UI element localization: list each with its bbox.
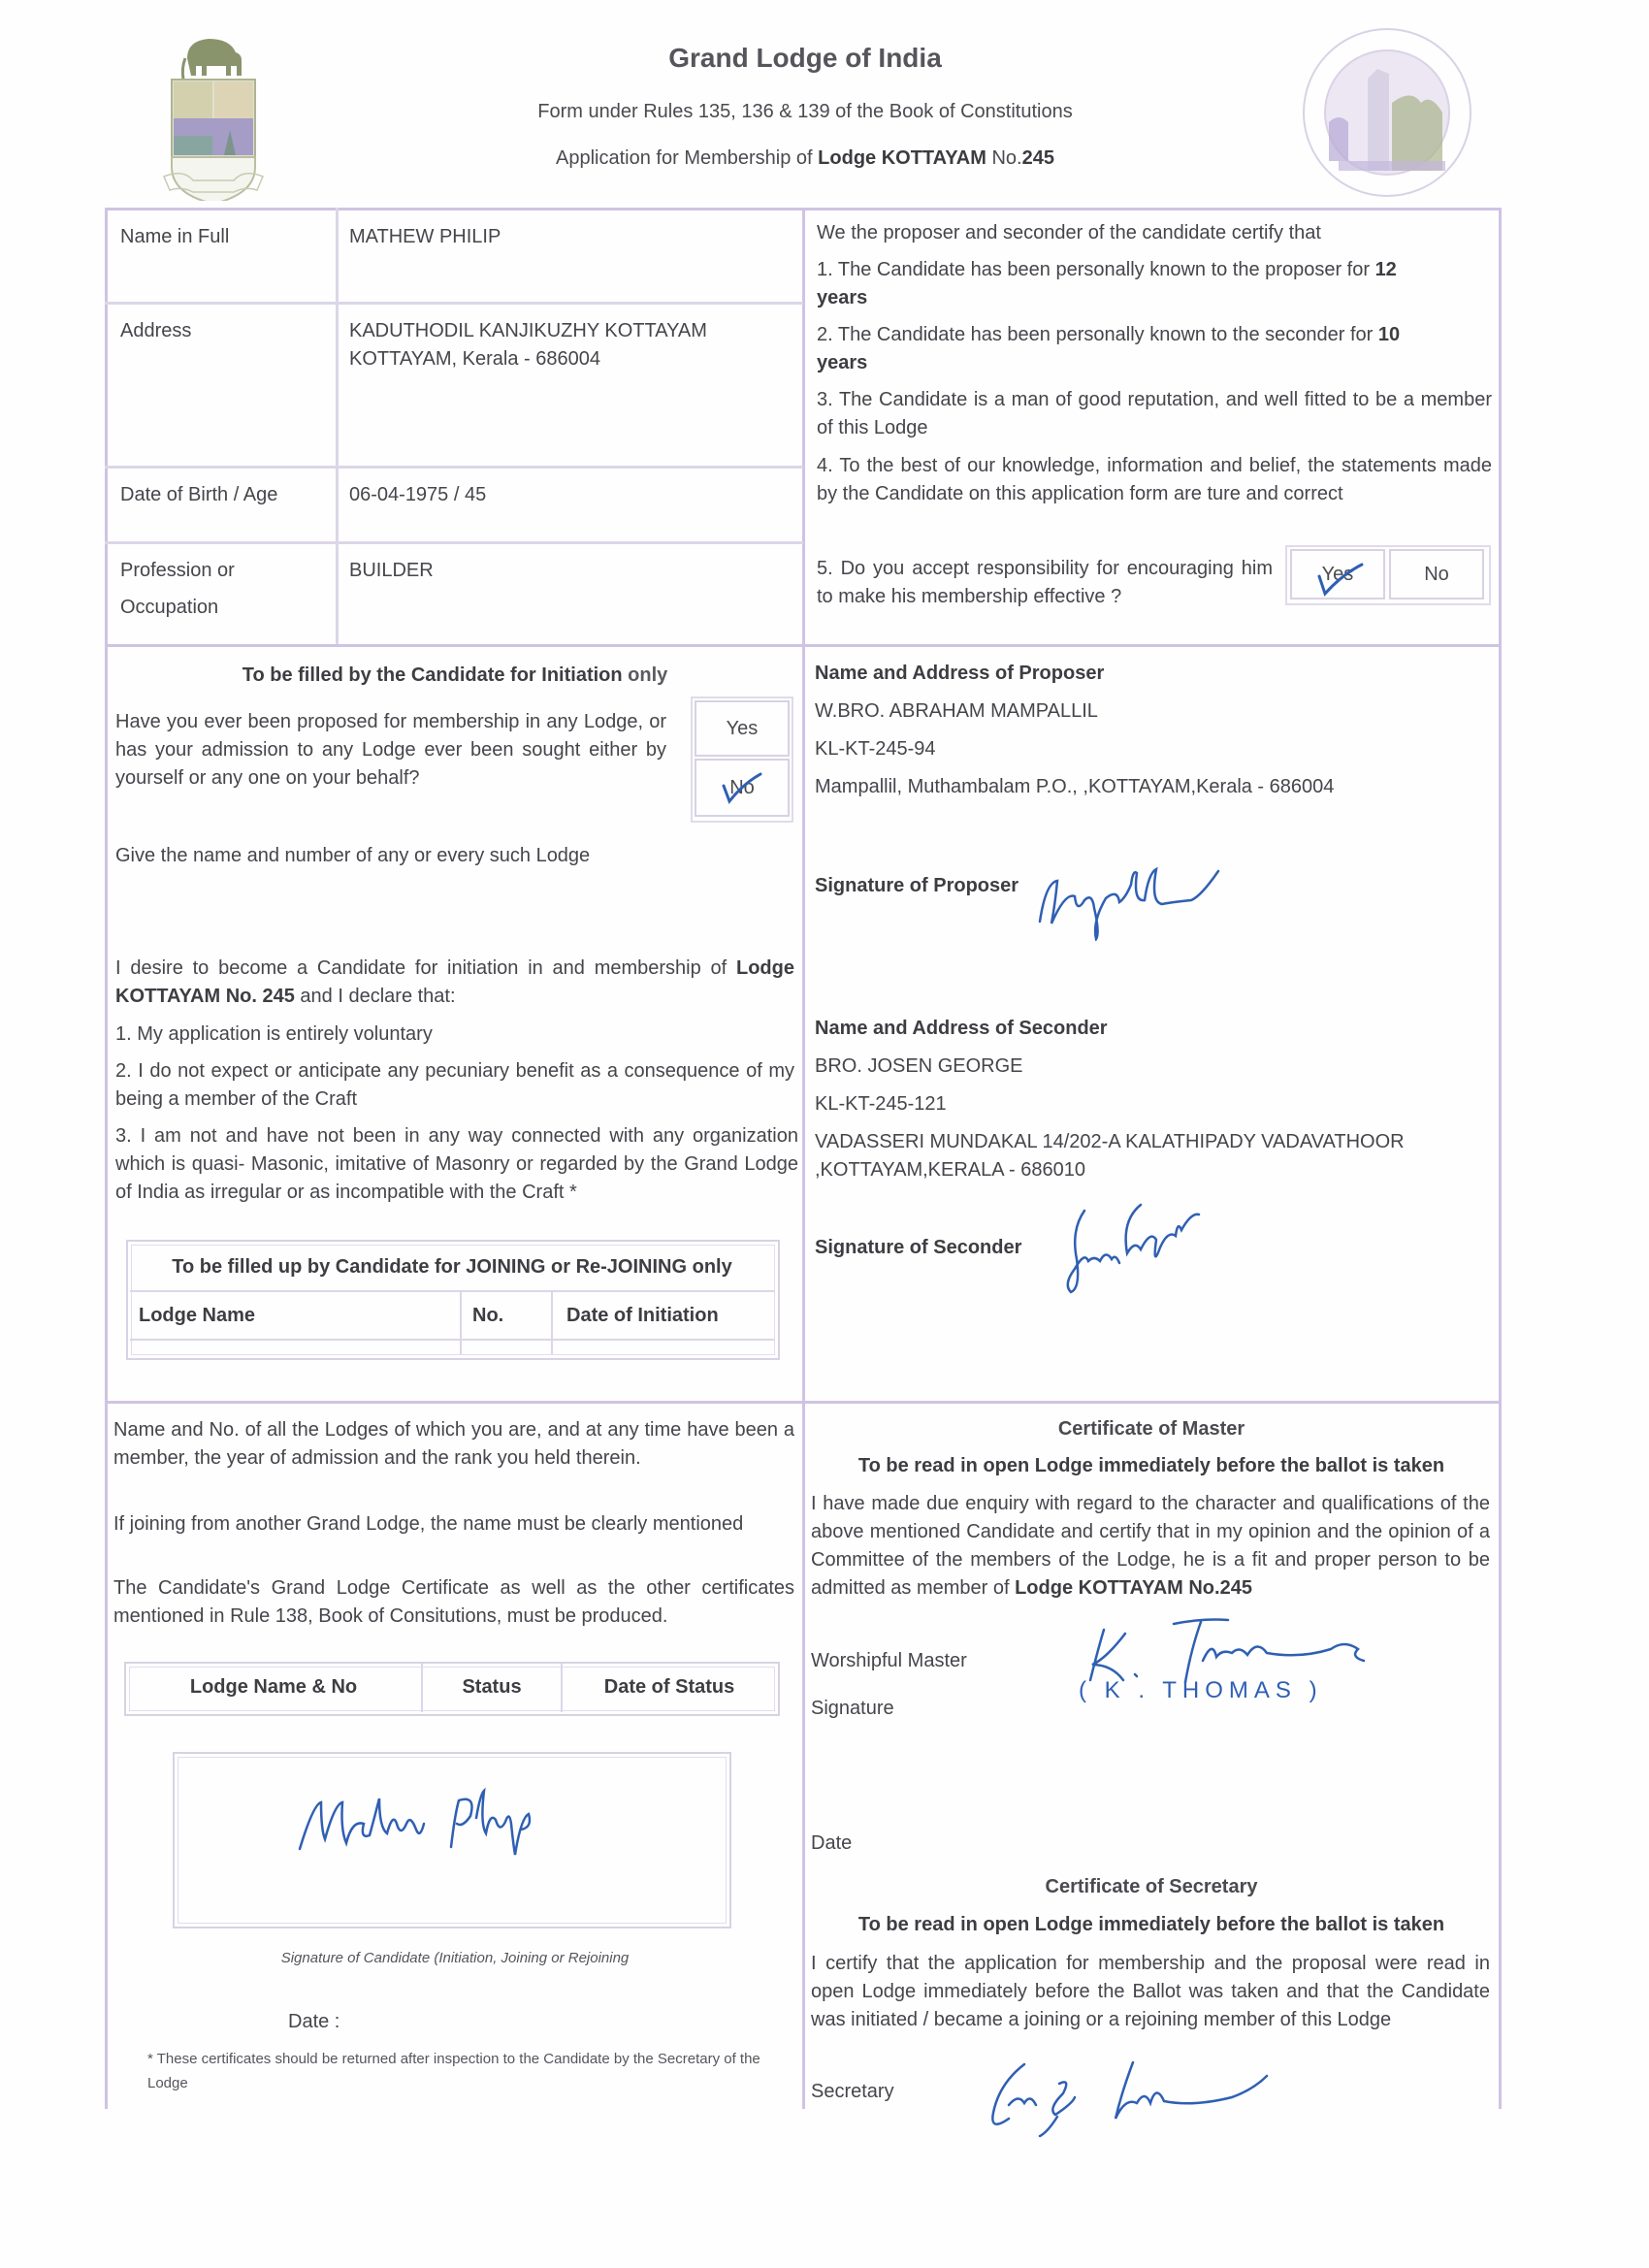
name-label: Name in Full	[120, 223, 229, 251]
page-title: Grand Lodge of India	[0, 43, 1610, 74]
seconder-address-line2: ,KOTTAYAM,KERALA - 686010	[815, 1156, 1085, 1184]
seconder-id: KL-KT-245-121	[815, 1090, 947, 1118]
details-row-line	[105, 466, 803, 469]
details-row-line	[105, 541, 803, 544]
initiation-heading: To be filled by the Candidate for Initia…	[107, 662, 803, 690]
seconder-heading: Name and Address of Seconder	[815, 1015, 1108, 1043]
declaration-item-3: 3. I am not and have not been in any way…	[115, 1122, 798, 1207]
details-column-divider	[336, 208, 339, 644]
secretary-label: Secretary	[811, 2078, 894, 2106]
master-date-label: Date	[811, 1830, 852, 1858]
seconder-signature-label: Signature of Seconder	[815, 1234, 1021, 1262]
master-signature-label: Signature	[811, 1695, 894, 1723]
proposer-id: KL-KT-245-94	[815, 735, 936, 763]
proposer-address: Mampallil, Muthambalam P.O., ,KOTTAYAM,K…	[815, 773, 1334, 801]
frame-row-divider-1	[105, 644, 1502, 647]
seconder-name: BRO. JOSEN GEORGE	[815, 1053, 1022, 1081]
proposer-signature-label: Signature of Proposer	[815, 872, 1018, 900]
address-label: Address	[120, 317, 191, 345]
history-col-lodge-name-no: Lodge Name & No	[126, 1673, 421, 1701]
seconder-address-line1: VADASSERI MUNDAKAL 14/202-A KALATHIPADY …	[815, 1128, 1405, 1156]
application-subtitle: Application for Membership of Lodge KOTT…	[0, 147, 1610, 170]
certification-item-3: 3. The Candidate is a man of good reputa…	[817, 386, 1492, 442]
declaration-item-2: 2. I do not expect or anticipate any pec…	[115, 1057, 794, 1114]
history-col-status: Status	[423, 1673, 561, 1701]
certification-item-5: 5. Do you accept responsibility for enco…	[817, 555, 1273, 611]
address-value-line1: KADUTHODIL KANJIKUZHY KOTTAYAM	[349, 317, 707, 345]
give-lodge-name-prompt: Give the name and number of any or every…	[115, 842, 590, 870]
joining-col-date-initiation: Date of Initiation	[566, 1302, 719, 1330]
details-row-line	[105, 302, 803, 305]
profession-value: BUILDER	[349, 557, 434, 585]
master-printed-name: ( K . THOMAS )	[1079, 1676, 1323, 1704]
joining-table-line	[551, 1290, 553, 1354]
candidate-date-label: Date :	[288, 2008, 339, 2036]
history-col-date-of-status: Date of Status	[563, 1673, 776, 1701]
frame-left-border	[105, 208, 108, 2109]
membership-history-para2: If joining from another Grand Lodge, the…	[113, 1510, 794, 1539]
frame-right-border	[1499, 208, 1502, 2109]
membership-history-para1: Name and No. of all the Lodges of which …	[113, 1416, 794, 1473]
certification-intro: We the proposer and seconder of the cand…	[817, 219, 1492, 247]
dob-value: 06-04-1975 / 45	[349, 481, 486, 509]
profession-label-line2: Occupation	[120, 594, 218, 622]
frame-center-divider	[802, 208, 805, 2109]
worshipful-master-label: Worshipful Master	[811, 1647, 967, 1675]
address-value-line2: KOTTAYAM, Kerala - 686004	[349, 345, 600, 373]
secretary-certificate-title: Certificate of Secretary	[805, 1873, 1498, 1901]
joining-table-line	[130, 1339, 774, 1341]
proposer-heading: Name and Address of Proposer	[815, 660, 1104, 688]
initiation-question: Have you ever been proposed for membersh…	[115, 708, 666, 793]
joining-table-line	[460, 1290, 462, 1354]
joining-table-line	[130, 1290, 774, 1292]
certification-item-4: 4. To the best of our knowledge, informa…	[817, 452, 1492, 508]
form-rules-subtitle: Form under Rules 135, 136 & 139 of the B…	[0, 101, 1610, 123]
responsibility-no-option[interactable]: No	[1389, 549, 1484, 599]
candidate-signature-caption: Signature of Candidate (Initiation, Join…	[107, 1946, 803, 1970]
dob-label: Date of Birth / Age	[120, 481, 277, 509]
secretary-signature	[980, 2055, 1348, 2142]
proposer-name: W.BRO. ABRAHAM MAMPALLIL	[815, 697, 1098, 726]
membership-history-para3: The Candidate's Grand Lodge Certificate …	[113, 1574, 794, 1631]
declaration-item-1: 1. My application is entirely voluntary	[115, 1021, 794, 1049]
certificates-footnote: * These certificates should be returned …	[147, 2047, 768, 2095]
master-certificate-body: I have made due enquiry with regard to t…	[811, 1490, 1490, 1603]
master-certificate-title: Certificate of Master	[805, 1415, 1498, 1443]
secretary-certificate-subtitle: To be read in open Lodge immediately bef…	[805, 1911, 1498, 1939]
secretary-certificate-body: I certify that the application for membe…	[811, 1950, 1490, 2034]
profession-label-line1: Profession or	[120, 557, 235, 585]
joining-table-title: To be filled up by Candidate for JOINING…	[128, 1253, 776, 1281]
joining-col-lodge-name: Lodge Name	[139, 1302, 255, 1330]
certification-item-2: 2. The Candidate has been personally kno…	[817, 321, 1492, 377]
candidate-signature	[296, 1785, 558, 1863]
name-value: MATHEW PHILIP	[349, 223, 501, 251]
initiation-yes-option[interactable]: Yes	[695, 700, 790, 757]
master-certificate-subtitle: To be read in open Lodge immediately bef…	[805, 1452, 1498, 1480]
desire-declaration: I desire to become a Candidate for initi…	[115, 955, 794, 1011]
application-form-page: Grand Lodge of India Form under Rules 13…	[0, 0, 1649, 2268]
joining-col-no: No.	[472, 1302, 503, 1330]
proposer-signature	[1036, 863, 1249, 941]
checkmark-icon	[1315, 563, 1366, 598]
certification-item-1: 1. The Candidate has been personally kno…	[817, 256, 1492, 312]
frame-row-divider-2	[105, 1401, 1502, 1404]
checkmark-icon	[718, 772, 766, 805]
seconder-signature	[1063, 1191, 1238, 1298]
